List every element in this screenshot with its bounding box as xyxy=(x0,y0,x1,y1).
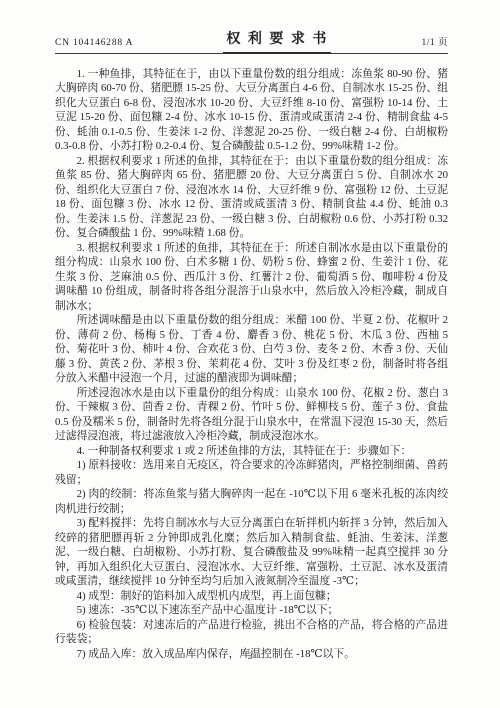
claim-paragraph: 1. 一种鱼排，其特征在于，由以下重量份数的组分组成：冻鱼浆 80-90 份、猪… xyxy=(55,67,448,154)
claim-paragraph: 5) 速冻：-35℃以下速冻至产品中心温度计 -18℃以下； xyxy=(55,603,448,618)
claim-paragraph: 4) 成型：制好的馅料加入成型机内成型，再上面包糠； xyxy=(55,589,448,604)
claims-body: 1. 一种鱼排，其特征在于，由以下重量份数的组分组成：冻鱼浆 80-90 份、猪… xyxy=(55,67,448,662)
claim-paragraph: 6) 检验包装：对速冻后的产品进行检验，挑出不合格的产品，将合格的产品进行装袋； xyxy=(55,618,448,647)
claim-paragraph: 2. 根据权利要求 1 所述的鱼排，其特征在于：由以下重量份数的组分组成：冻鱼浆… xyxy=(55,154,448,241)
page-indicator: 1/1 页 xyxy=(421,34,448,48)
claim-paragraph: 3) 配料搅拌：先将自制冰水与大豆分离蛋白在斩拌机内斩拌 3 分钟，然后加入绞碎… xyxy=(55,516,448,589)
claim-paragraph: 3. 根据权利要求 1 所述的鱼排，其特征在于：所述自制冰水是由以下重量份的组分… xyxy=(55,241,448,314)
claim-paragraph: 所述浸泡冰水是由以下重量份的组分构成：山泉水 100 份、花椒 2 份、葱白 3… xyxy=(55,386,448,444)
patent-claims-page: CN 104146288 A 权 利 要 求 书 1/1 页 1. 一种鱼排，其… xyxy=(0,0,500,708)
footer-page-number: 2 xyxy=(0,651,500,662)
claim-paragraph: 所述调味醋是由以下重量份数的组分组成：米醋 100 份、半夏 2 份、花椒叶 2… xyxy=(55,313,448,386)
page-header: CN 104146288 A 权 利 要 求 书 1/1 页 xyxy=(55,28,448,54)
document-number: CN 104146288 A xyxy=(55,38,133,48)
claim-paragraph: 4. 一种制备权利要求 1 或 2 所述鱼排的方法，其特征在于：步骤如下： xyxy=(55,444,448,459)
claim-paragraph: 1) 原料接收：选用来自无疫区，符合要求的冷冻鲜猪肉，严格控制细菌、兽药残留； xyxy=(55,458,448,487)
claim-paragraph: 2) 肉的绞制：将冻鱼浆与猪大胸碎肉一起在 -10℃以下用 6 毫米孔板的冻肉绞… xyxy=(55,487,448,516)
page-title: 权 利 要 求 书 xyxy=(223,28,331,54)
